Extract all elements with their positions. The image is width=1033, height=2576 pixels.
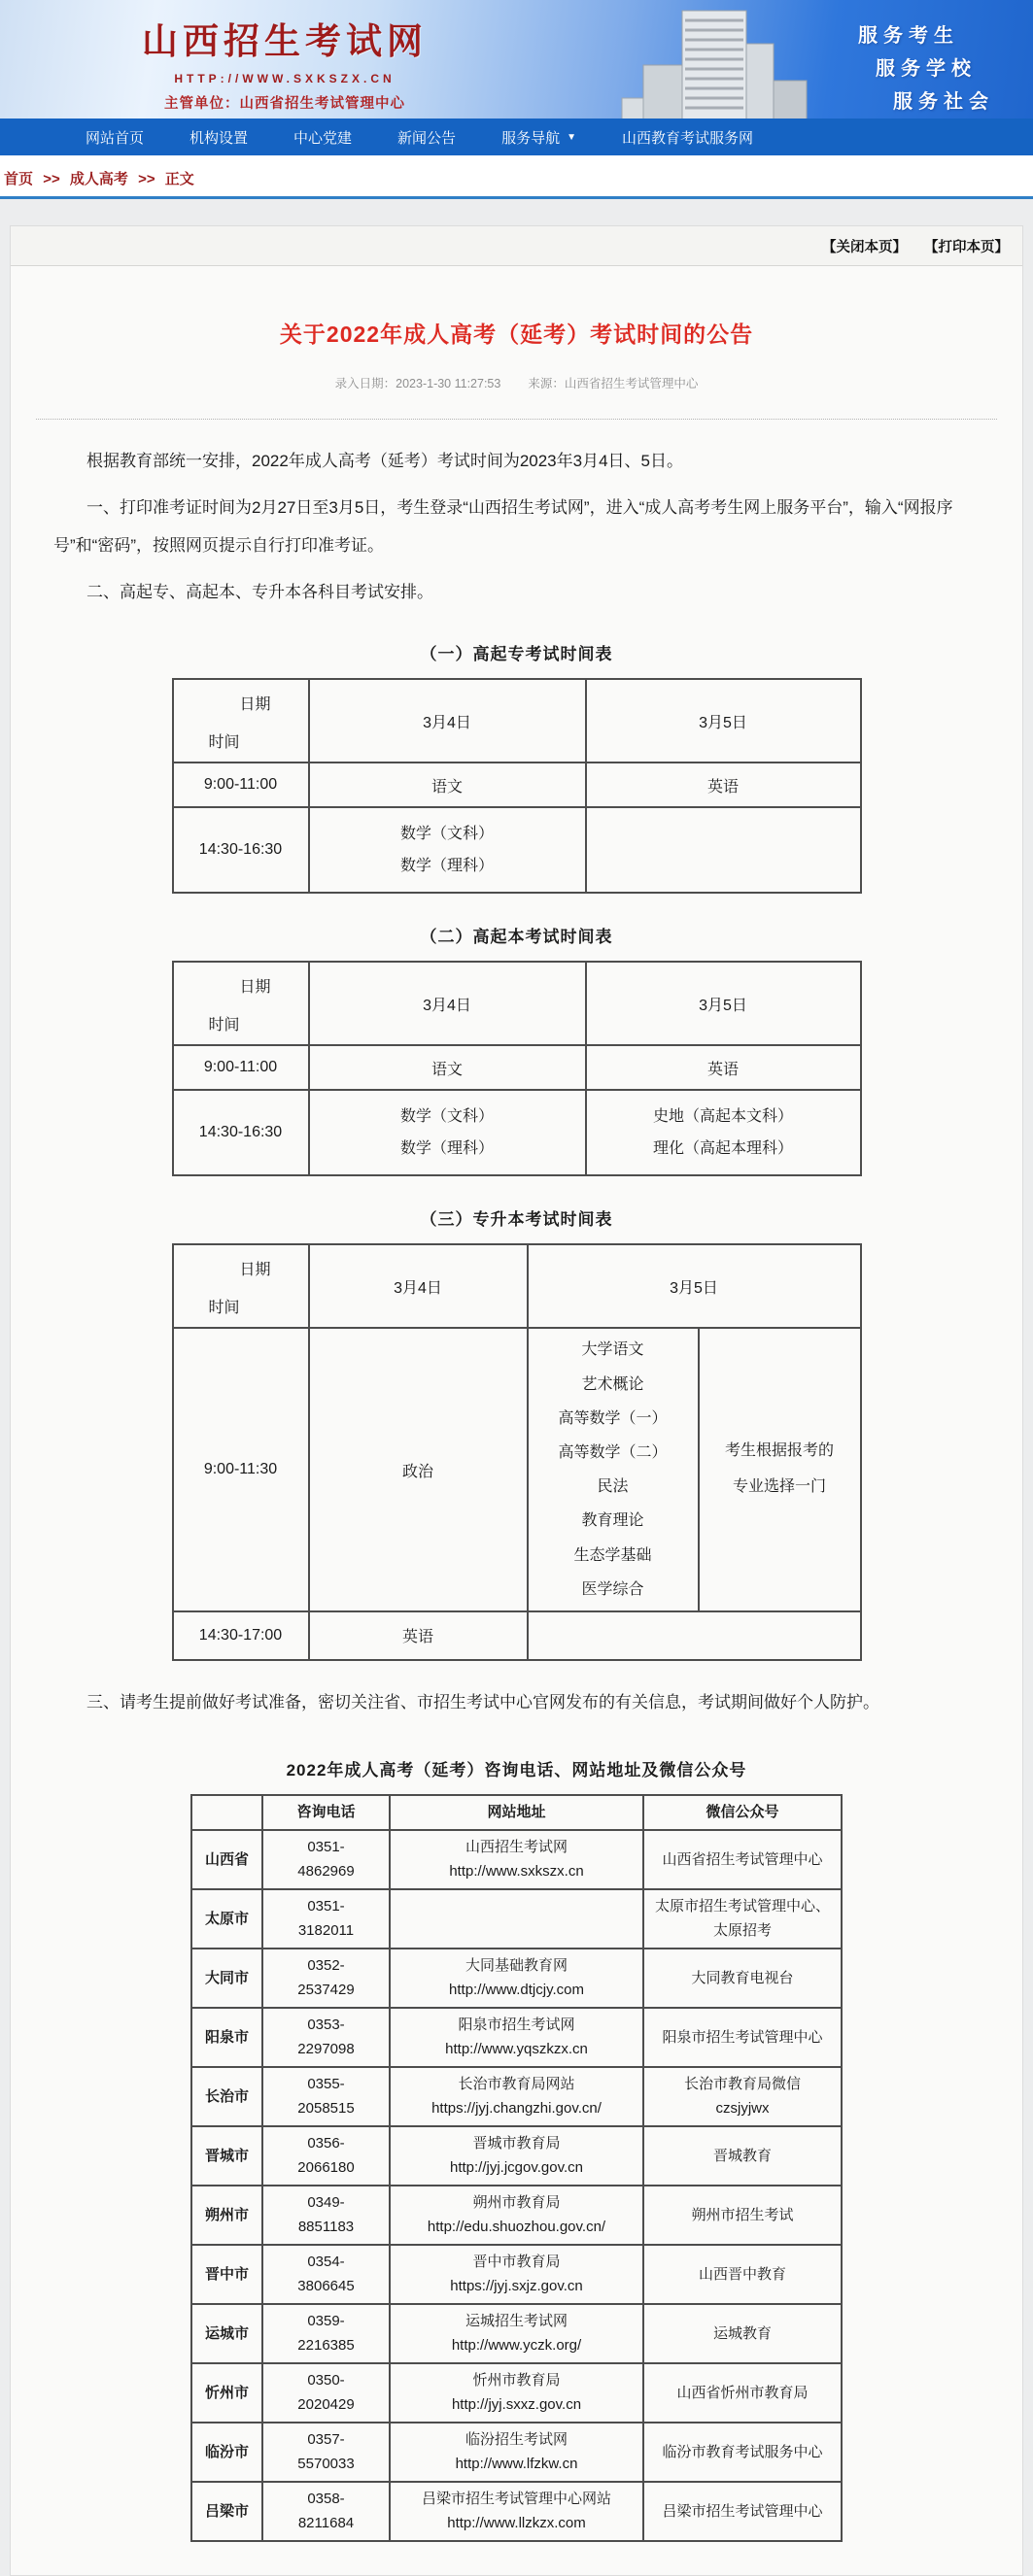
exam-table-caption: （三）专升本考试时间表 <box>11 1205 1022 1230</box>
website-cell: 阳泉市招生考试网 http://www.yqszkzx.cn <box>390 2008 643 2067</box>
wechat-cell: 山西省招生考试管理中心 <box>643 1830 842 1889</box>
region-cell: 大同市 <box>191 1949 262 2008</box>
header-cell: 网站地址 <box>390 1795 643 1830</box>
phone-cell: 0358- 8211684 <box>262 2482 390 2541</box>
table-cell: 英语 <box>309 1611 528 1660</box>
region-cell: 长治市 <box>191 2067 262 2126</box>
contact-table-title: 2022年成人高考（延考）咨询电话、网站地址及微信公众号 <box>11 1756 1022 1780</box>
region-cell: 太原市 <box>191 1889 262 1949</box>
region-cell: 吕梁市 <box>191 2482 262 2541</box>
site-name[interactable]: 山西招生考试网 <box>56 12 513 64</box>
website-cell: 晋城市教育局 http://jyj.jcgov.gov.cn <box>390 2126 643 2186</box>
header-cell <box>191 1795 262 1830</box>
wechat-cell: 山西晋中教育 <box>643 2245 842 2304</box>
page-title: 关于2022年成人高考（延考）考试时间的公告 <box>11 317 1022 349</box>
nav-item-news[interactable]: 新闻公告 <box>397 127 456 148</box>
region-cell: 忻州市 <box>191 2363 262 2423</box>
nav-item-home[interactable]: 网站首页 <box>86 127 144 148</box>
table-cell: 14:30-16:30 <box>173 1090 309 1175</box>
print-page-button[interactable]: 【打印本页】 <box>924 236 1009 256</box>
region-cell: 朔州市 <box>191 2186 262 2245</box>
slogan-line: 服务社会 <box>858 85 994 119</box>
table-cell: 3月5日 <box>586 962 861 1045</box>
website-cell: 晋中市教育局 https://jyj.sxjz.gov.cn <box>390 2245 643 2304</box>
table-cell: 史地（高起本文科） 理化（高起本理科） <box>586 1090 861 1175</box>
wechat-cell: 临汾市教育考试服务中心 <box>643 2423 842 2482</box>
corner-header: 日期 时间 <box>173 962 309 1045</box>
table-cell: 英语 <box>586 763 861 807</box>
region-cell: 晋中市 <box>191 2245 262 2304</box>
table-cell: 14:30-16:30 <box>173 807 309 893</box>
table-row: 咨询电话 网站地址 微信公众号 <box>191 1795 842 1830</box>
exam-table-gaoqizhuan: 日期 时间 3月4日 3月5日 9:00-11:00 语文 英语 14:30-1… <box>172 678 862 894</box>
breadcrumb-separator: >> <box>138 171 155 187</box>
table-cell-note: 考生根据报考的 专业选择一门 <box>699 1328 861 1611</box>
nav-item-organization[interactable]: 机构设置 <box>189 127 248 148</box>
phone-cell: 0352- 2537429 <box>262 1949 390 2008</box>
phone-cell: 0355- 2058515 <box>262 2067 390 2126</box>
article-paragraph: 一、打印准考证时间为2月27日至3月5日，考生登录“山西招生考试网”，进入“成人… <box>53 489 980 564</box>
site-banner: 山西招生考试网 HTTP://WWW.SXKSZX.CN 主管单位：山西省招生考… <box>0 0 1033 119</box>
entry-date: 录入日期：2023-1-30 11:27:53 <box>335 374 501 391</box>
region-cell: 阳泉市 <box>191 2008 262 2067</box>
table-cell: 3月4日 <box>309 679 586 763</box>
region-cell: 晋城市 <box>191 2126 262 2186</box>
nav-item-service-menu[interactable]: 服务导航 ▼ <box>501 127 576 148</box>
page-toolbar: 【关闭本页】 【打印本页】 <box>11 226 1022 266</box>
table-row: 大同市 0352- 2537429 大同基础教育网 http://www.dtj… <box>191 1949 842 2008</box>
wechat-cell: 太原市招生考试管理中心、 太原招考 <box>643 1889 842 1949</box>
table-row: 日期 时间 3月4日 3月5日 <box>173 1244 861 1328</box>
table-cell: 9:00-11:30 <box>173 1328 309 1611</box>
corner-header: 日期 时间 <box>173 679 309 763</box>
table-row: 太原市 0351- 3182011 太原市招生考试管理中心、 太原招考 <box>191 1889 842 1949</box>
table-row: 晋城市 0356- 2066180 晋城市教育局 http://jyj.jcgo… <box>191 2126 842 2186</box>
table-cell: 9:00-11:00 <box>173 763 309 807</box>
table-cell <box>528 1611 861 1660</box>
wechat-cell: 大同教育电视台 <box>643 1949 842 2008</box>
article-meta: 录入日期：2023-1-30 11:27:53 来源：山西省招生考试管理中心 <box>11 374 1022 391</box>
corner-header: 日期 时间 <box>173 1244 309 1328</box>
article-paragraph: 二、高起专、高起本、专升本各科目考试安排。 <box>53 573 980 611</box>
website-cell: 临汾招生考试网 http://www.lfzkw.cn <box>390 2423 643 2482</box>
table-row: 日期 时间 3月4日 3月5日 <box>173 679 861 763</box>
phone-cell: 0349- 8851183 <box>262 2186 390 2245</box>
phone-cell: 0356- 2066180 <box>262 2126 390 2186</box>
table-cell: 14:30-17:00 <box>173 1611 309 1660</box>
table-row: 阳泉市 0353- 2297098 阳泉市招生考试网 http://www.yq… <box>191 2008 842 2067</box>
exam-table-zhuanshengben: 日期 时间 3月4日 3月5日 9:00-11:30 政治 大学语文 艺术概论 … <box>172 1243 862 1661</box>
website-cell: 长治市教育局网站 https://jyj.changzhi.gov.cn/ <box>390 2067 643 2126</box>
table-row: 长治市 0355- 2058515 长治市教育局网站 https://jyj.c… <box>191 2067 842 2126</box>
website-cell <box>390 1889 643 1949</box>
table-row: 日期 时间 3月4日 3月5日 <box>173 962 861 1045</box>
table-row: 14:30-16:30 数学（文科） 数学（理科） 史地（高起本文科） 理化（高… <box>173 1090 861 1175</box>
phone-cell: 0357- 5570033 <box>262 2423 390 2482</box>
banner-slogans: 服务考生 服务学校 服务社会 <box>858 19 994 119</box>
wechat-cell: 朔州市招生考试 <box>643 2186 842 2245</box>
wechat-cell: 长治市教育局微信 czsjyjwx <box>643 2067 842 2126</box>
wechat-cell: 阳泉市招生考试管理中心 <box>643 2008 842 2067</box>
website-cell: 朔州市教育局 http://edu.shuozhou.gov.cn/ <box>390 2186 643 2245</box>
phone-cell: 0353- 2297098 <box>262 2008 390 2067</box>
website-cell: 吕梁市招生考试管理中心网站 http://www.llzkzx.com <box>390 2482 643 2541</box>
table-row: 忻州市 0350- 2020429 忻州市教育局 http://jyj.sxxz… <box>191 2363 842 2423</box>
article-body: 根据教育部统一安排，2022年成人高考（延考）考试时间为2023年3月4日、5日… <box>11 420 1022 611</box>
table-cell: 政治 <box>309 1328 528 1611</box>
exam-table-caption: （二）高起本考试时间表 <box>11 923 1022 947</box>
website-cell: 忻州市教育局 http://jyj.sxxz.gov.cn <box>390 2363 643 2423</box>
region-cell: 山西省 <box>191 1830 262 1889</box>
site-logo[interactable]: 山西招生考试网 HTTP://WWW.SXKSZX.CN 主管单位：山西省招生考… <box>56 12 513 113</box>
header-cell: 微信公众号 <box>643 1795 842 1830</box>
table-row: 14:30-17:00 英语 <box>173 1611 861 1660</box>
phone-cell: 0359- 2216385 <box>262 2304 390 2363</box>
table-row: 山西省 0351- 4862969 山西招生考试网 http://www.sxk… <box>191 1830 842 1889</box>
breadcrumb-separator: >> <box>43 171 60 187</box>
website-cell: 山西招生考试网 http://www.sxkszx.cn <box>390 1830 643 1889</box>
table-cell: 3月4日 <box>309 962 586 1045</box>
phone-cell: 0351- 3182011 <box>262 1889 390 1949</box>
table-cell: 3月5日 <box>528 1244 861 1328</box>
wechat-cell: 运城教育 <box>643 2304 842 2363</box>
article-paragraph: 三、请考生提前做好考试准备，密切关注省、市招生考试中心官网发布的有关信息，考试期… <box>53 1683 980 1721</box>
phone-cell: 0350- 2020429 <box>262 2363 390 2423</box>
breadcrumb-home[interactable]: 首页 <box>4 171 33 187</box>
website-cell: 大同基础教育网 http://www.dtjcjy.com <box>390 1949 643 2008</box>
table-cell: 3月5日 <box>586 679 861 763</box>
closing-paragraph-wrap: 三、请考生提前做好考试准备，密切关注省、市招生考试中心官网发布的有关信息，考试期… <box>11 1661 1022 1721</box>
table-cell: 数学（文科） 数学（理科） <box>309 807 586 893</box>
nav-item-party[interactable]: 中心党建 <box>293 127 352 148</box>
building-illustration <box>620 5 814 119</box>
header-cell: 咨询电话 <box>262 1795 390 1830</box>
region-cell: 临汾市 <box>191 2423 262 2482</box>
nav-item-exam-service-site[interactable]: 山西教育考试服务网 <box>622 127 753 148</box>
table-cell: 9:00-11:00 <box>173 1045 309 1090</box>
site-organizer: 主管单位：山西省招生考试管理中心 <box>56 92 513 113</box>
exam-table-gaoqiben: 日期 时间 3月4日 3月5日 9:00-11:00 语文 英语 14:30-1… <box>172 961 862 1176</box>
table-row: 吕梁市 0358- 8211684 吕梁市招生考试管理中心网站 http://w… <box>191 2482 842 2541</box>
source: 来源：山西省招生考试管理中心 <box>528 374 698 391</box>
chevron-down-icon: ▼ <box>567 132 576 143</box>
breadcrumb-current: 正文 <box>165 171 194 187</box>
breadcrumb-adult-exam[interactable]: 成人高考 <box>70 171 128 187</box>
main-nav: 网站首页 机构设置 中心党建 新闻公告 服务导航 ▼ 山西教育考试服务网 <box>0 119 1033 155</box>
table-row: 9:00-11:00 语文 英语 <box>173 763 861 807</box>
content-panel: 【关闭本页】 【打印本页】 关于2022年成人高考（延考）考试时间的公告 录入日… <box>10 225 1023 2576</box>
phone-cell: 0354- 3806645 <box>262 2245 390 2304</box>
site-url: HTTP://WWW.SXKSZX.CN <box>56 72 513 85</box>
table-cell: 英语 <box>586 1045 861 1090</box>
breadcrumb-bar: 首页 >> 成人高考 >> 正文 <box>0 155 1033 199</box>
website-cell: 运城招生考试网 http://www.yczk.org/ <box>390 2304 643 2363</box>
contact-table: 咨询电话 网站地址 微信公众号 山西省 0351- 4862969 山西招生考试… <box>190 1794 843 2542</box>
breadcrumb: 首页 >> 成人高考 >> 正文 <box>4 171 200 187</box>
article-paragraph: 根据教育部统一安排，2022年成人高考（延考）考试时间为2023年3月4日、5日… <box>53 442 980 480</box>
table-cell: 语文 <box>309 763 586 807</box>
table-row: 9:00-11:00 语文 英语 <box>173 1045 861 1090</box>
table-cell: 3月4日 <box>309 1244 528 1328</box>
table-cell-subjects: 大学语文 艺术概论 高等数学（一） 高等数学（二） 民法 教育理论 生态学基础 … <box>528 1328 699 1611</box>
table-row: 运城市 0359- 2216385 运城招生考试网 http://www.ycz… <box>191 2304 842 2363</box>
slogan-line: 服务考生 <box>858 19 959 52</box>
phone-cell: 0351- 4862969 <box>262 1830 390 1889</box>
wechat-cell: 晋城教育 <box>643 2126 842 2186</box>
table-cell: 语文 <box>309 1045 586 1090</box>
table-cell: 数学（文科） 数学（理科） <box>309 1090 586 1175</box>
table-row: 14:30-16:30 数学（文科） 数学（理科） <box>173 807 861 893</box>
wechat-cell: 山西省忻州市教育局 <box>643 2363 842 2423</box>
table-row: 晋中市 0354- 3806645 晋中市教育局 https://jyj.sxj… <box>191 2245 842 2304</box>
table-row: 9:00-11:30 政治 大学语文 艺术概论 高等数学（一） 高等数学（二） … <box>173 1328 861 1611</box>
table-row: 临汾市 0357- 5570033 临汾招生考试网 http://www.lfz… <box>191 2423 842 2482</box>
table-row: 朔州市 0349- 8851183 朔州市教育局 http://edu.shuo… <box>191 2186 842 2245</box>
exam-table-caption: （一）高起专考试时间表 <box>11 640 1022 664</box>
region-cell: 运城市 <box>191 2304 262 2363</box>
wechat-cell: 吕梁市招生考试管理中心 <box>643 2482 842 2541</box>
close-page-button[interactable]: 【关闭本页】 <box>822 236 907 256</box>
table-cell <box>586 807 861 893</box>
slogan-line: 服务学校 <box>858 52 977 85</box>
